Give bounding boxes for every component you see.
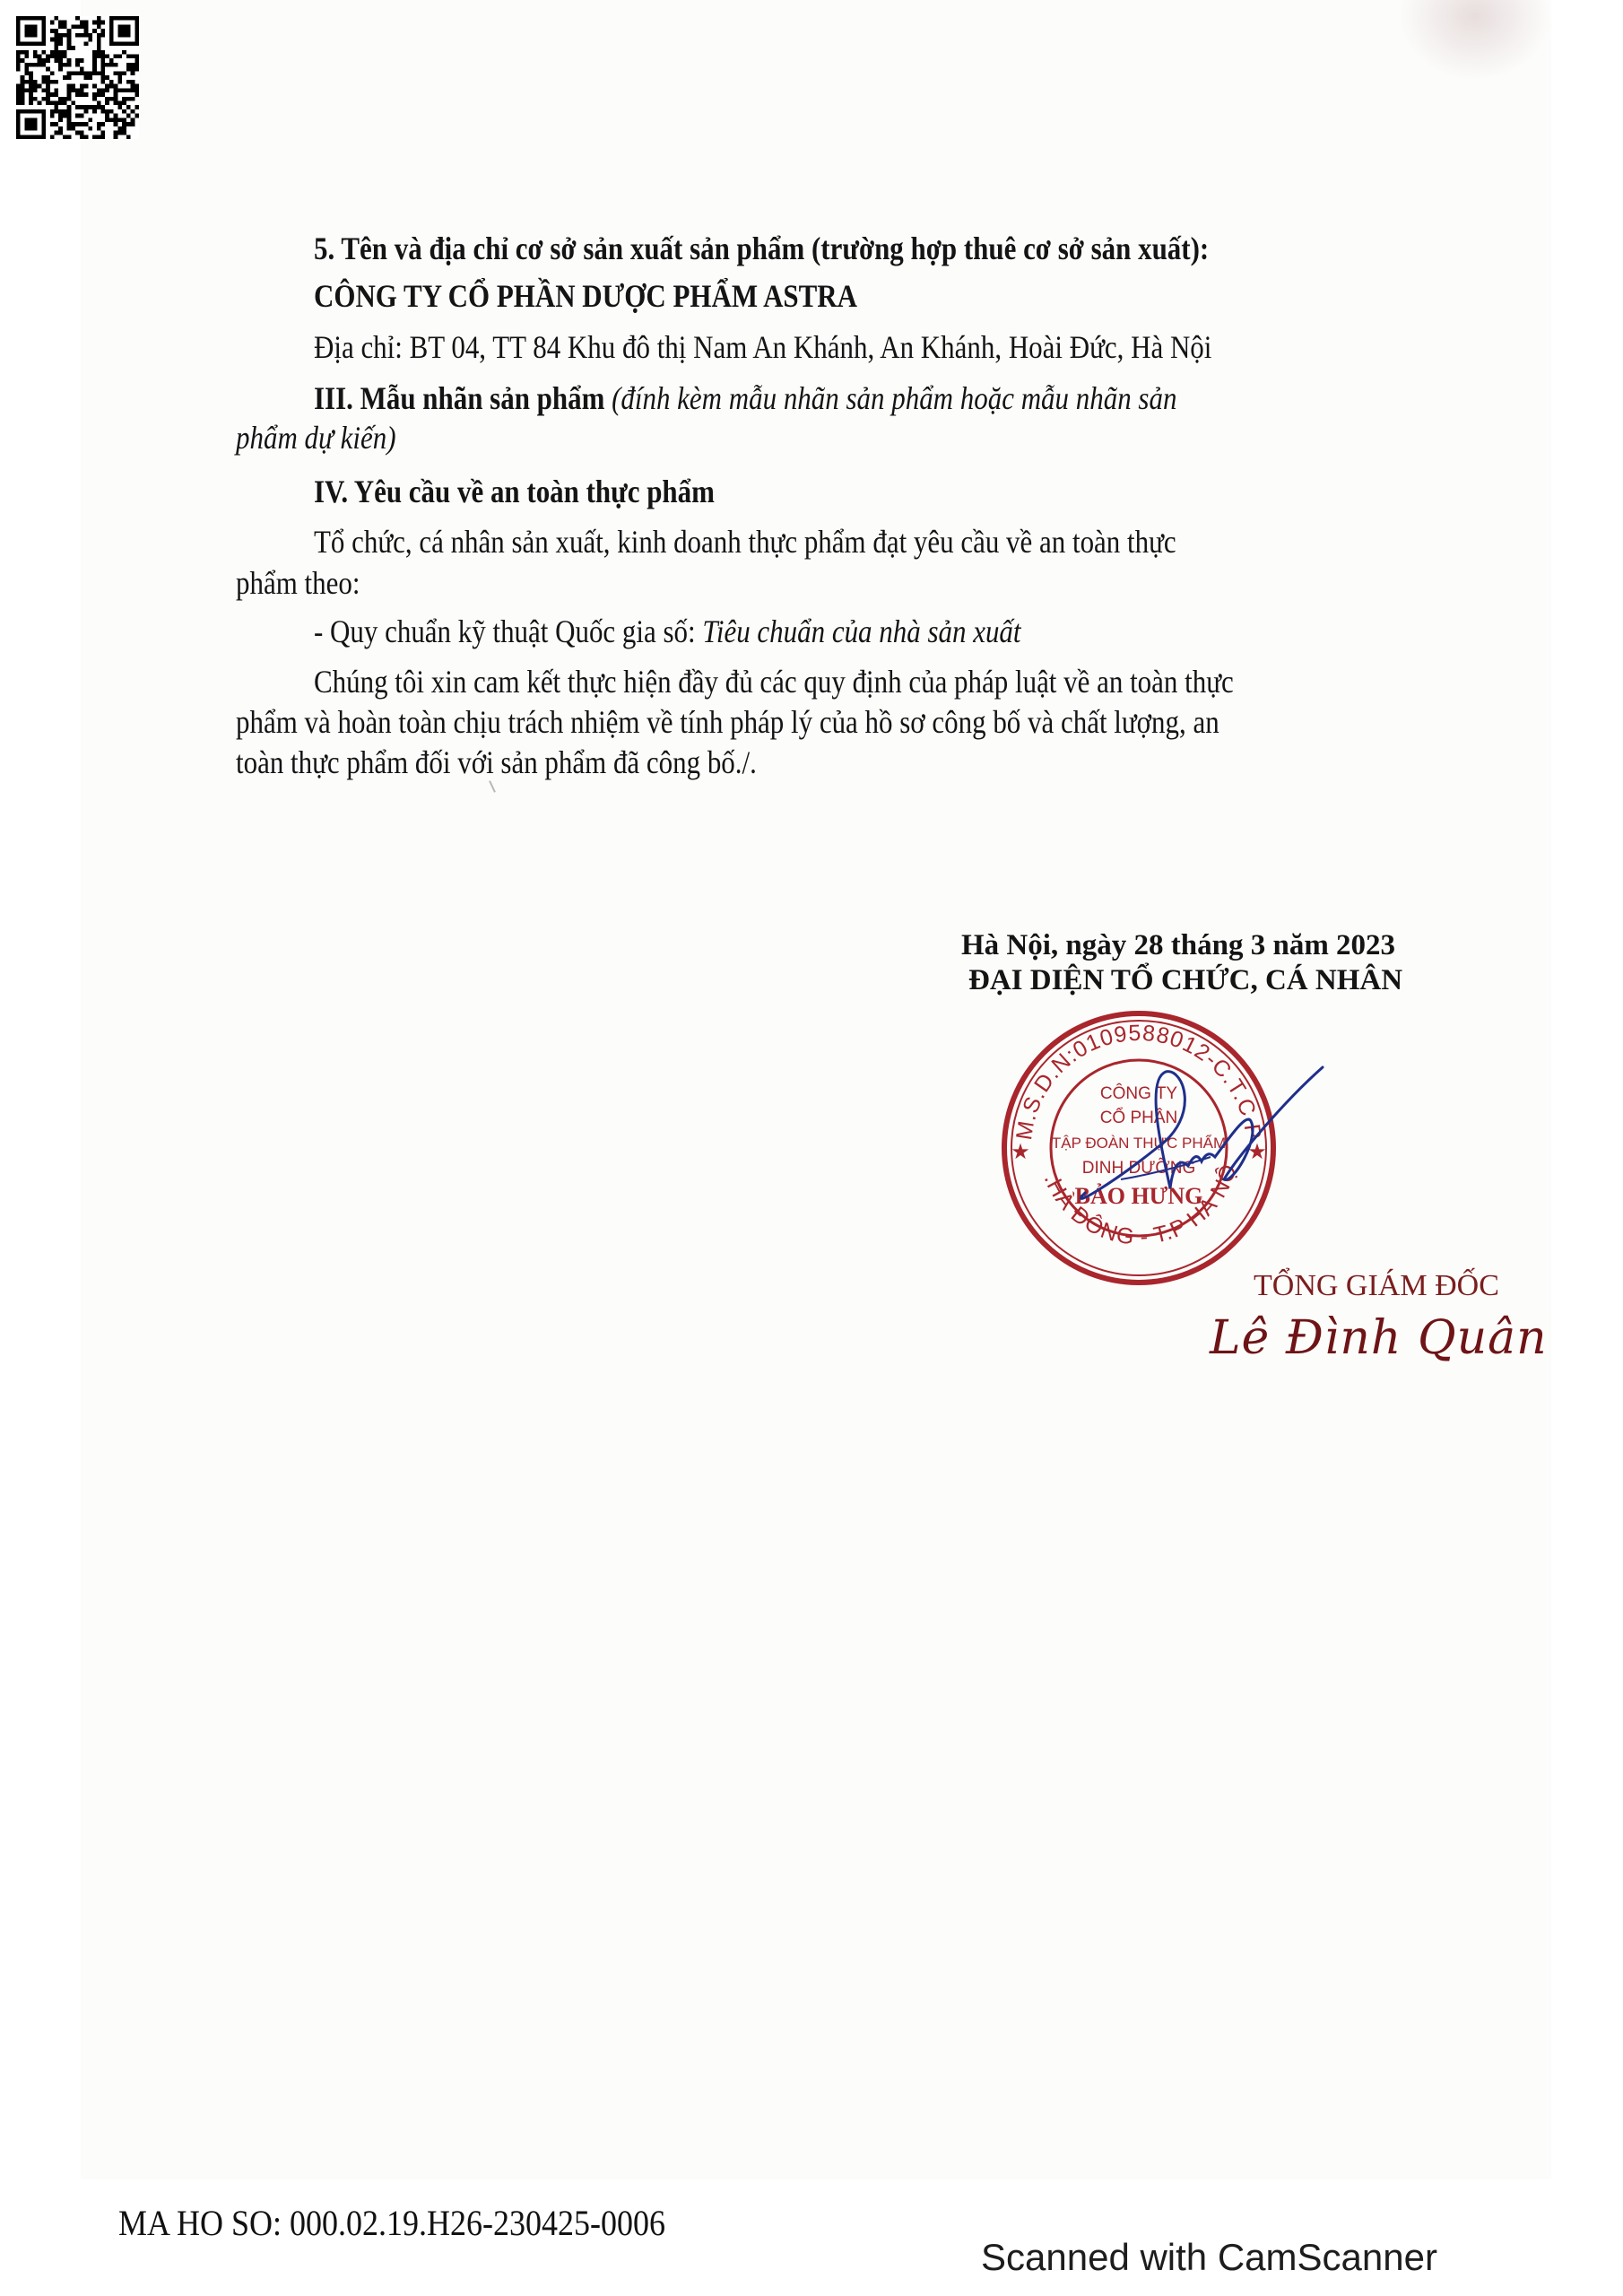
section3-heading: III. Mẫu nhãn sản phẩm <box>314 380 604 416</box>
place-date: Hà Nội, ngày 28 tháng 3 năm 2023 <box>961 927 1395 963</box>
manufacturer-name: CÔNG TY CỔ PHẦN DƯỢC PHẨM ASTRA <box>314 278 857 314</box>
section4-para-line2: phẩm theo: <box>236 565 360 601</box>
manufacturer-address: Địa chỉ: BT 04, TT 84 Khu đô thị Nam An … <box>314 329 1211 365</box>
svg-text:★: ★ <box>1011 1141 1030 1164</box>
section5-heading: 5. Tên và địa chỉ cơ sở sản xuất sản phẩ… <box>314 230 1209 266</box>
scanned-page <box>81 0 1551 2179</box>
signer-position: TỔNG GIÁM ĐỐC <box>1254 1268 1499 1304</box>
section4-heading: IV. Yêu cầu về an toàn thực phẩm <box>314 474 715 509</box>
scan-smudge <box>1399 0 1551 81</box>
standard-line: - Quy chuẩn kỹ thuật Quốc gia số: Tiêu c… <box>314 613 1021 649</box>
commitment-line1: Chúng tôi xin cam kết thực hiện đầy đủ c… <box>314 664 1234 700</box>
qr-code-icon <box>16 16 139 139</box>
signer-name: Lê Đình Quân <box>1210 1311 1548 1365</box>
record-code: MA HO SO: 000.02.19.H26-230425-0006 <box>118 2202 665 2244</box>
section3-note-cont: phẩm dự kiến) <box>236 420 396 456</box>
handwritten-signature <box>1058 1031 1327 1238</box>
section3-line: III. Mẫu nhãn sản phẩm (đính kèm mẫu nhã… <box>314 380 1176 416</box>
section3-note: (đính kèm mẫu nhãn sản phẩm hoặc mẫu nhã… <box>612 380 1176 416</box>
representative-title: ĐẠI DIỆN TỔ CHỨC, CÁ NHÂN <box>968 962 1402 998</box>
camscanner-watermark: Scanned with CamScanner <box>981 2236 1437 2279</box>
standard-label: - Quy chuẩn kỹ thuật Quốc gia số: <box>314 613 696 649</box>
commitment-line3: toàn thực phẩm đối với sản phẩm đã công … <box>236 744 757 780</box>
standard-value: Tiêu chuẩn của nhà sản xuất <box>702 613 1020 649</box>
section4-para-line1: Tổ chức, cá nhân sản xuất, kinh doanh th… <box>314 524 1176 560</box>
commitment-line2: phẩm và hoàn toàn chịu trách nhiệm về tí… <box>236 704 1219 740</box>
